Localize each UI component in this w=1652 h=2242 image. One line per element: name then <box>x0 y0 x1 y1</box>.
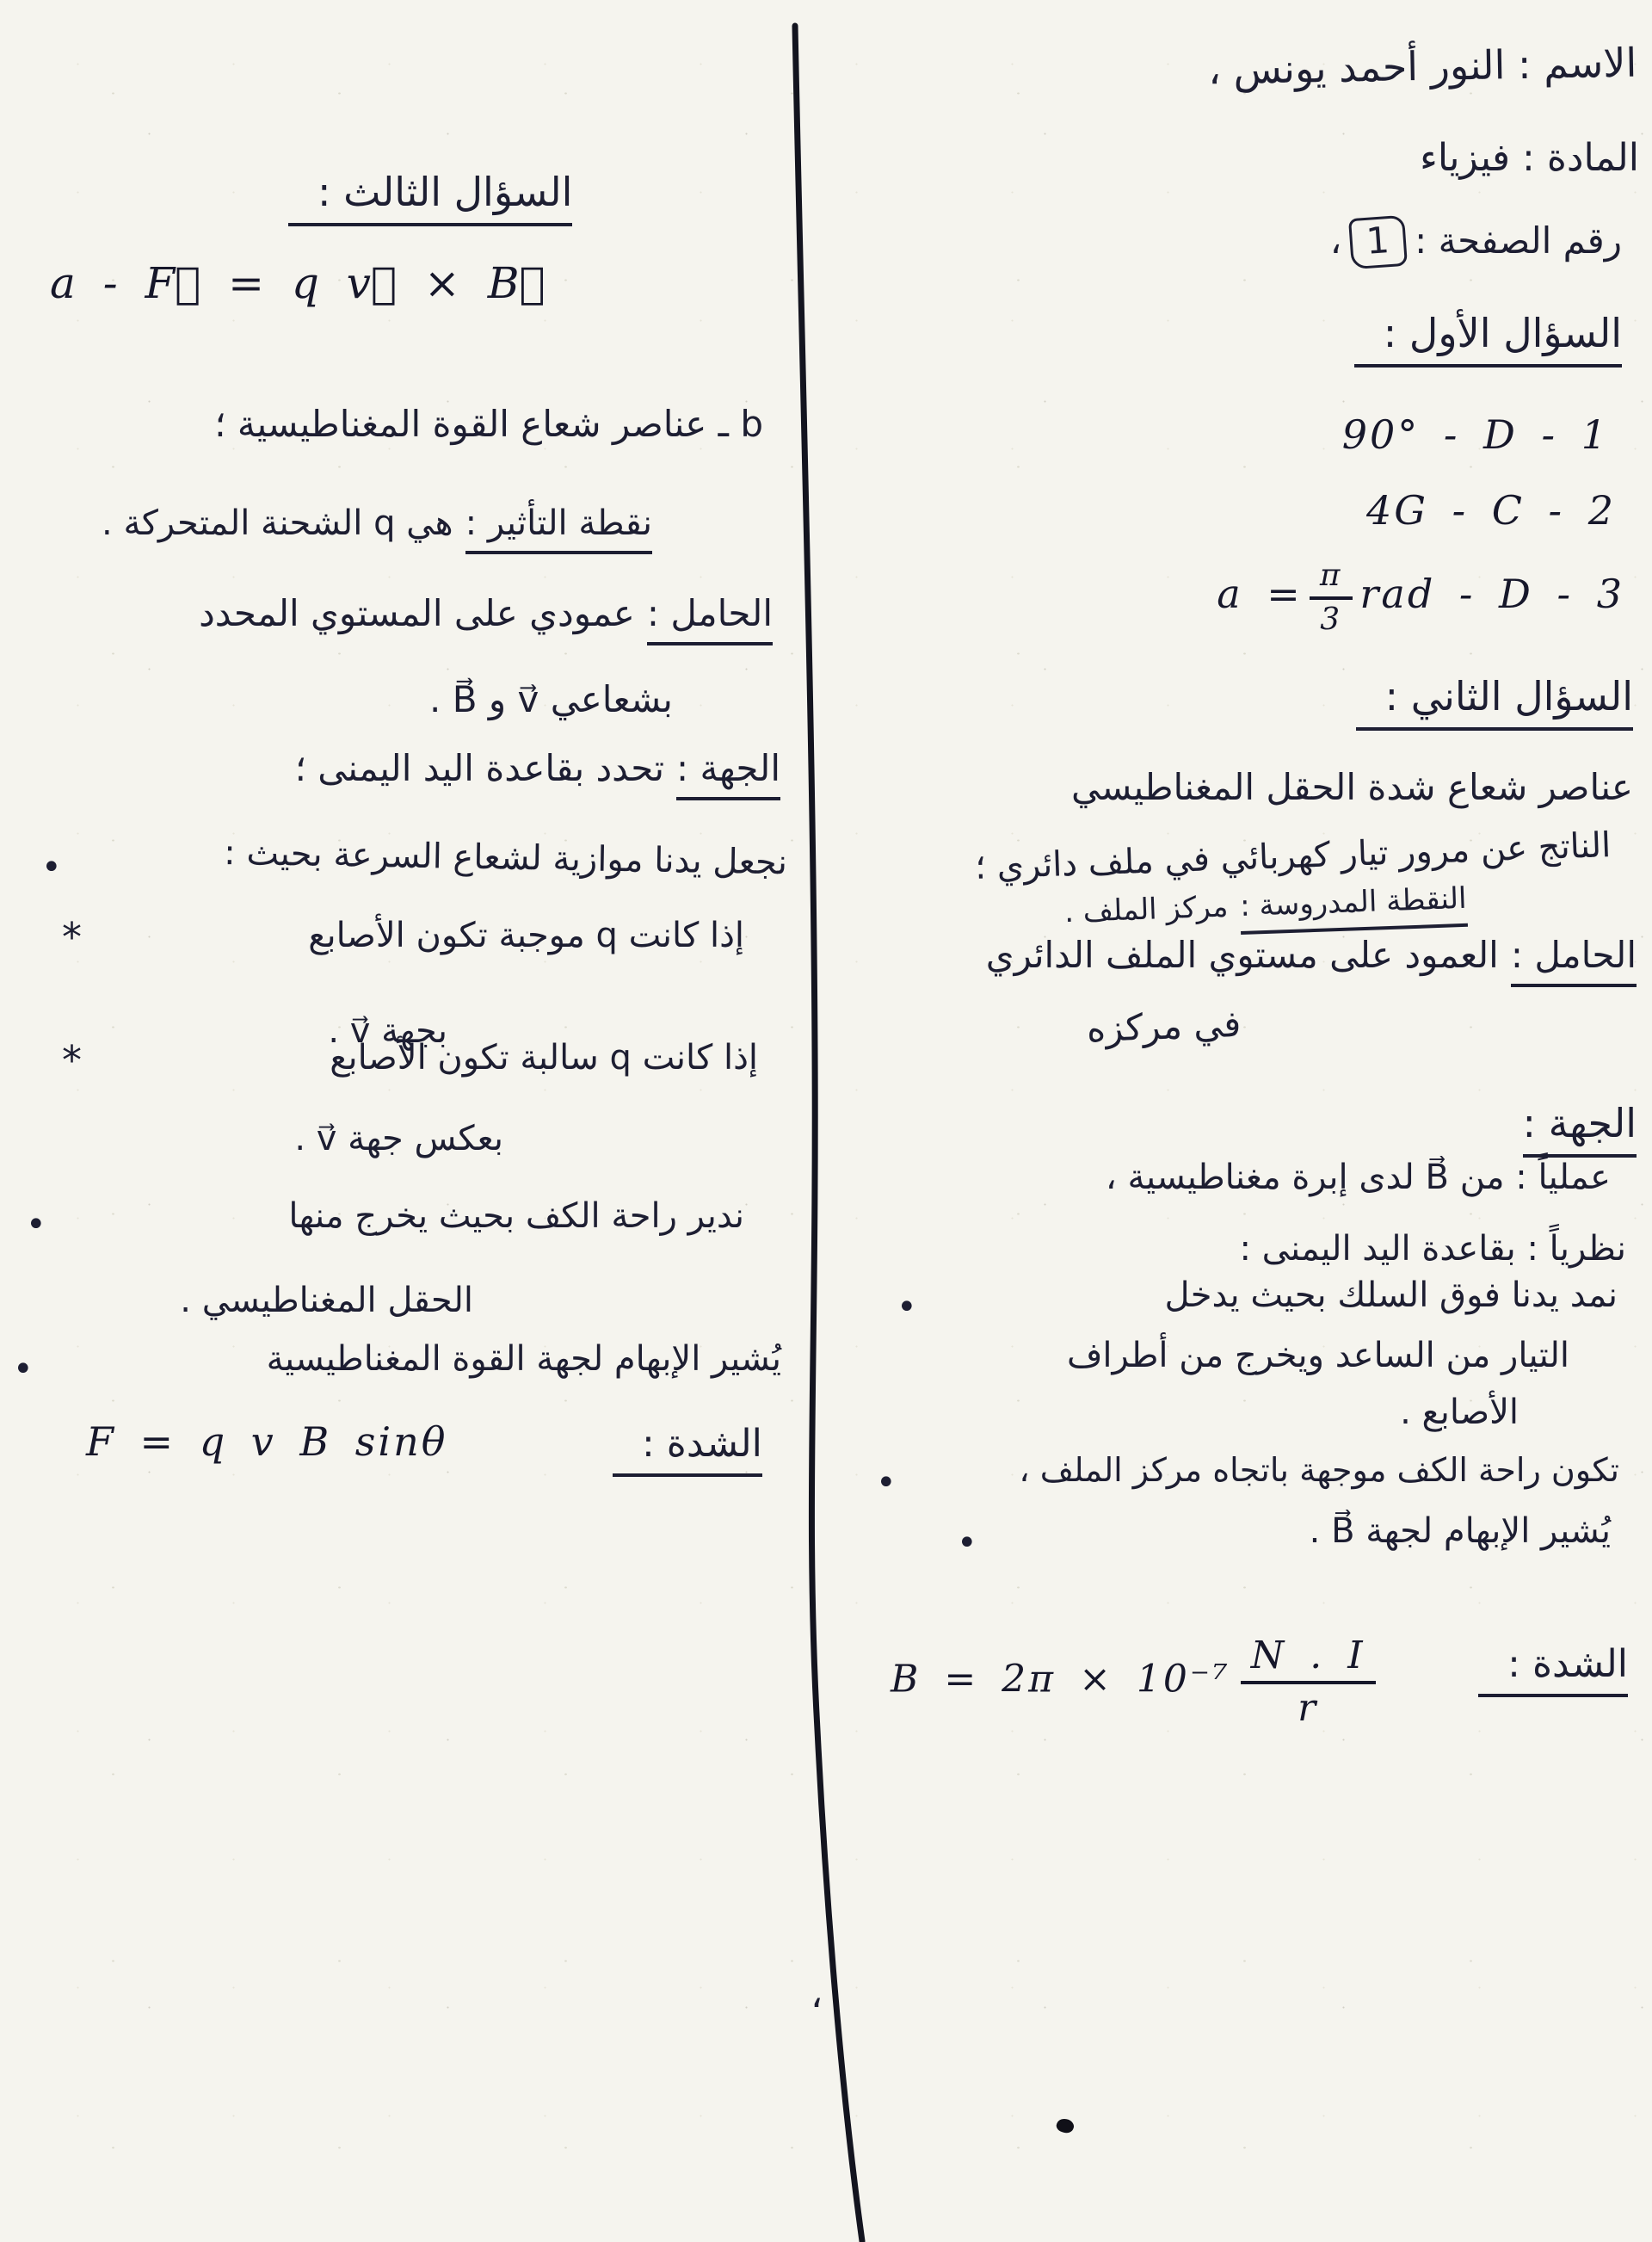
bullet-dot: • <box>876 1463 897 1503</box>
q2-carrier-line-2: في مركزه <box>1086 1003 1242 1050</box>
page-number-comma: ، <box>1330 219 1342 262</box>
q2-direction-label: الجهة : <box>1523 1100 1637 1146</box>
q1-answer-2: 4G - C - 2 <box>1366 487 1616 534</box>
q2-intro-line-1: عناصر شعاع شدة الحقل المغناطيسي <box>1071 766 1633 808</box>
header-name: الاسم : النور أحمد يونس ، <box>1207 40 1637 94</box>
bullet-dot: • <box>897 1288 917 1327</box>
q3-bullet-3: يُشير الإبهام لجهة القوة المغناطيسية <box>24 1339 781 1379</box>
page-number-label: رقم الصفحة : <box>1415 219 1622 262</box>
q1-title: السؤال الأول : <box>1354 310 1622 356</box>
ni-over-r-fraction: N . Ir <box>1241 1634 1376 1730</box>
q3-bullet-2-line-1: ندير راحة الكف بحيث يخرج منها <box>39 1196 744 1236</box>
q3-effect-point-line: نقطة التأثير :هي q الشحنة المتحركة . <box>9 503 652 543</box>
q2-theoretical-line: نظرياً : بقاعدة اليد اليمنى : <box>1239 1229 1626 1269</box>
q2-intensity-formula: B = 2π × 10⁻⁷N . Ir <box>891 1634 1386 1730</box>
page-number-line: رقم الصفحة :1، <box>1330 217 1622 268</box>
pi-over-3-fraction: π3 <box>1310 558 1353 637</box>
scanned-answer-sheet: الاسم : النور أحمد يونس ، المادة : فيزيا… <box>0 0 1652 2242</box>
bullet-dot: • <box>957 1523 977 1563</box>
q3-sub-1-line-1: إذا كانت q موجبة تكون الأصابع <box>73 916 744 955</box>
q3-part-a-formula: a - F⃗ = q v⃗ × B⃗ <box>50 258 547 308</box>
q2-intensity-label: الشدة : <box>1478 1642 1628 1686</box>
stray-comma-mark: ، <box>811 1973 823 2017</box>
q2-bullet-1-line-3: الأصابع . <box>1400 1393 1519 1432</box>
q3-intensity-label: الشدة : <box>613 1422 762 1466</box>
q2-practical-line: عملياً : من B⃗ لدى إبرة مغناطيسية ، <box>1106 1158 1611 1197</box>
q3-carrier-line-2: بشعاعي v⃗ و B⃗ . <box>258 678 673 720</box>
q3-part-b-line: b ـ عناصر شعاع القوة المغناطيسية ؛ <box>13 403 763 445</box>
q2-bullet-2: تكون راحة الكف موجهة باتجاه مركز الملف ، <box>1019 1451 1619 1489</box>
page-number-box: 1 <box>1348 215 1408 269</box>
q3-title: السؤال الثالث : <box>288 169 572 215</box>
q3-sub-2-line-2: بعكس جهة v⃗ . <box>258 1119 503 1158</box>
q1-answer-1: 90° - D - 1 <box>1342 411 1609 458</box>
header-subject: المادة : فيزياء <box>1420 136 1639 180</box>
q2-bullet-3: يُشير الإبهام لجهة B⃗ . <box>1310 1511 1611 1551</box>
q2-title: السؤال الثاني : <box>1356 673 1633 720</box>
q2-bullet-1-line-1: نمد يدنا فوق السلك بحيث يدخل <box>1165 1275 1618 1315</box>
q2-carrier-line: الحامل :العمود على مستوي الملف الدائري <box>986 934 1637 976</box>
q3-carrier-line: الحامل :عمودي على المستوي المحدد <box>17 592 773 634</box>
q3-sub-2-line-1: إذا كانت q سالبة تكون الأصابع <box>73 1038 758 1078</box>
q2-bullet-1-line-2: التيار من الساعد ويخرج من أطراف <box>1067 1336 1569 1375</box>
q1-answer-3: a =π3rad - D - 3 <box>1217 558 1624 637</box>
q3-direction-line: الجهة :تحدد بقاعدة اليد اليمنى ؛ <box>22 747 780 789</box>
q3-bullet-2-line-2: الحقل المغناطيسي . <box>146 1281 473 1320</box>
q3-intensity-formula: F = q v B sinθ <box>86 1418 447 1465</box>
